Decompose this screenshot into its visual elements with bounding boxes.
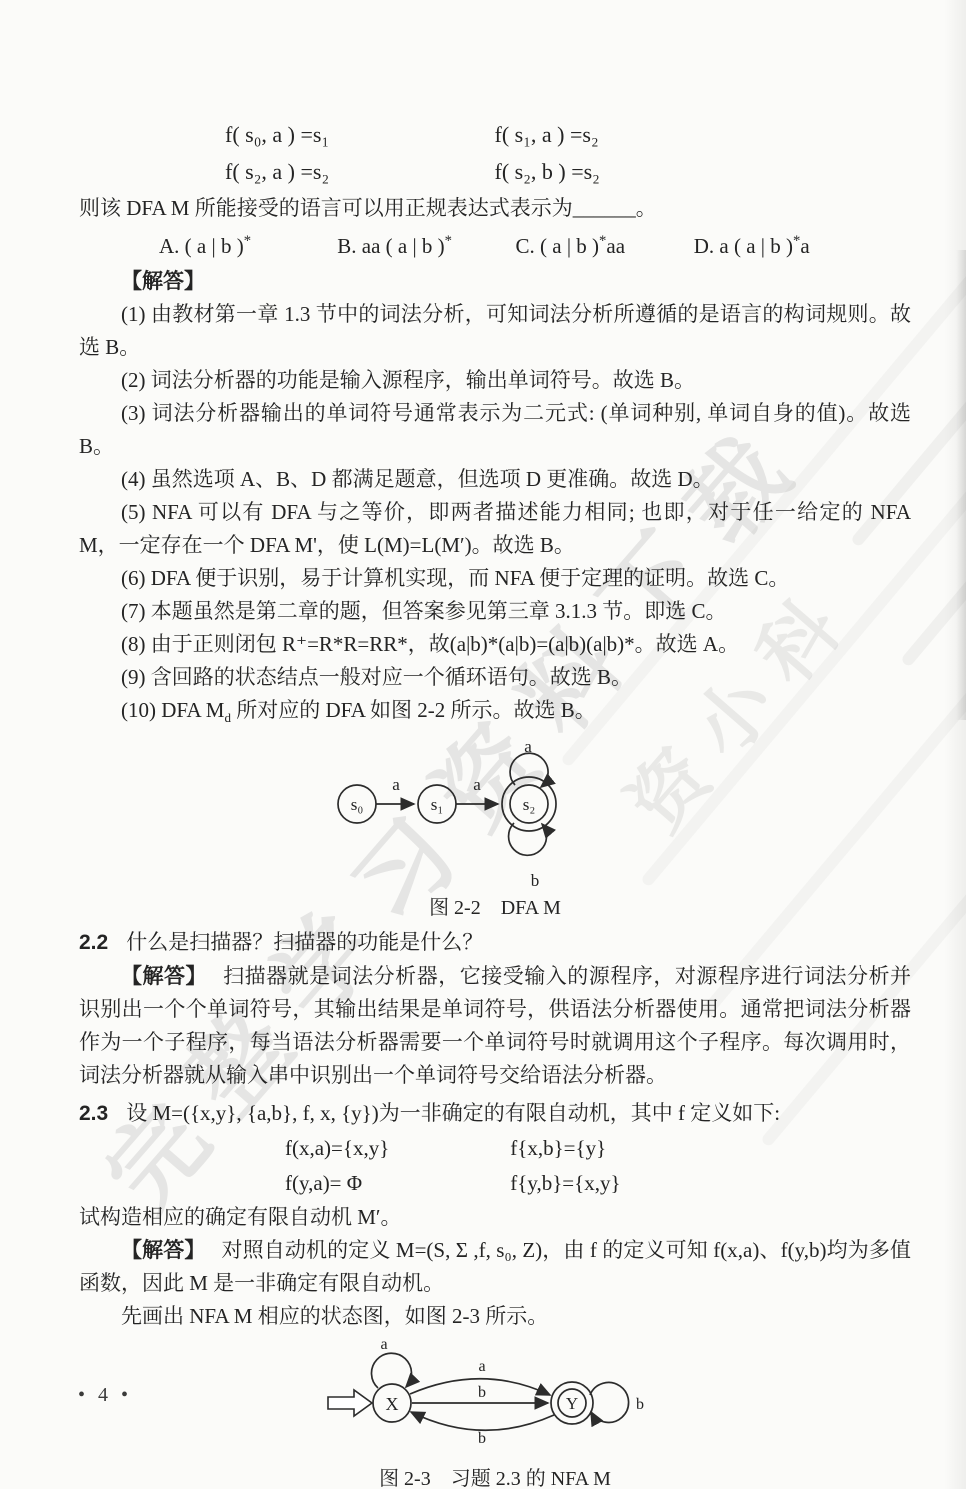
dfa-transition-formulas: f( s₀, a ) =s₁ f( s₁, a ) =s₂ f( s₂, a )… — [79, 116, 911, 190]
section-2-2-title: 什么是扫描器？扫描器的功能是什么？ — [126, 930, 483, 954]
answer-label: 【解答】 — [79, 265, 911, 298]
option-b-label: B. — [337, 234, 356, 258]
f-x-a: f(x,a)={x,y} — [285, 1131, 505, 1166]
option-a-expr: ( a | b ) — [185, 234, 244, 258]
edge-x-y-a-label: a — [478, 1358, 485, 1375]
answer-item-10-post: 所对应的 DFA 如图 2-2 所示。故选 B。 — [231, 698, 596, 722]
s2-loop-a-label: a — [524, 738, 532, 756]
x-self-loop-edge — [371, 1354, 411, 1389]
f-definition-row: f(x,a)={x,y} f{x,b}={y} — [79, 1131, 911, 1166]
section-2-2-heading: 2.2什么是扫描器？扫描器的功能是什么？ — [79, 925, 911, 960]
section-2-3-heading: 2.3设 M=({x,y}, {a,b}, f, x, {y})为一非确定的有限… — [79, 1096, 911, 1131]
option-a-label: A. — [159, 234, 179, 258]
state-x-label: X — [386, 1394, 399, 1414]
section-2-3-figure-intro: 先画出 NFA M 相应的状态图，如图 2-3 所示。 — [79, 1300, 911, 1333]
formula-f-s1-a: f( s₁, a ) =s₂ — [495, 122, 599, 147]
option-b-star: * — [445, 233, 452, 249]
section-2-2-number: 2.2 — [79, 931, 108, 954]
y-self-loop-edge — [590, 1383, 629, 1423]
option-c-expr: ( a | b ) — [540, 234, 599, 258]
answer-item-10-pre: (10) DFA M — [121, 698, 224, 722]
answer-item-3: (3) 词法分析器输出的单词符号通常表示为二元式: (单词种别, 单词自身的值)… — [79, 397, 911, 463]
answer-item-1: (1) 由教材第一章 1.3 节中的词法分析，可知词法分析所遵循的是语言的构词规… — [79, 298, 911, 364]
state-s2-label: s₂ — [523, 795, 536, 814]
scanned-textbook-page: 完整学习资料下载 资小科 f( s₀, a ) =s₁ f( s₁, a ) =… — [0, 0, 966, 1489]
nfa-f-definitions: f(x,a)={x,y} f{x,b}={y} f(y,a)= Φ f{y,b}… — [79, 1131, 911, 1201]
option-a-star: * — [244, 233, 251, 249]
state-y-label: Y — [566, 1394, 578, 1413]
formula-row: f( s₀, a ) =s₁ f( s₁, a ) =s₂ — [79, 116, 911, 153]
f-definition-row: f(y,a)= Φ f{y,b}={x,y} — [79, 1166, 911, 1201]
option-d-expr: a ( a | b ) — [719, 234, 793, 258]
state-s0-label: s₀ — [351, 795, 364, 814]
edge-y-x-b-label: b — [478, 1430, 486, 1447]
figure-2-3: a a b b b X Y — [79, 1335, 911, 1489]
option-c: C. ( a | b )*aa — [516, 225, 689, 263]
edge-s0-s1-label: a — [392, 775, 400, 794]
dfa-m-state-diagram: a b a a s₀ s₁ s₂ — [325, 738, 665, 890]
option-c-label: C. — [516, 234, 535, 258]
answer-item-7: (7) 本题虽然是第二章的题，但答案参见第三章 3.1.3 节。即选 C。 — [79, 595, 911, 628]
option-a: A. ( a | b )* — [159, 225, 332, 263]
section-2-2-answer-label: 【解答】 — [121, 964, 207, 988]
figure-2-2-caption: 图 2-2 DFA M — [79, 895, 911, 921]
edge-x-y-b-label: b — [478, 1384, 486, 1401]
y-self-loop-label: b — [636, 1396, 644, 1413]
answer-item-2: (2) 词法分析器的功能是输入源程序，输出单词符号。故选 B。 — [79, 364, 911, 397]
formula-f-s2-b: f( s₂, b ) =s₂ — [495, 159, 600, 184]
edge-y-x-b — [411, 1412, 554, 1430]
page-number: • 4 • — [78, 1384, 132, 1407]
answer-item-9: (9) 含回路的状态结点一般对应一个循环语句。故选 B。 — [79, 661, 911, 694]
answer-item-6: (6) DFA 便于识别，易于计算机实现，而 NFA 便于定理的证明。故选 C。 — [79, 562, 911, 595]
figure-2-3-caption: 图 2-3 习题 2.3 的 NFA M — [79, 1466, 911, 1489]
f-x-b: f{x,b}={y} — [510, 1136, 606, 1160]
section-2-3-task: 试构造相应的确定有限自动机 M′。 — [79, 1201, 911, 1234]
s2-self-loop-a-edge — [510, 753, 548, 787]
start-arrow — [328, 1390, 372, 1416]
f-y-b: f{y,b}={x,y} — [510, 1171, 620, 1195]
formula-row: f( s₂, a ) =s₂ f( s₂, b ) =s₂ — [79, 153, 911, 190]
f-y-a: f(y,a)= Φ — [285, 1166, 505, 1201]
option-d-label: D. — [694, 234, 714, 258]
answer-item-10: (10) DFA Md 所对应的 DFA 如图 2-2 所示。故选 B。 — [79, 694, 911, 734]
section-2-3-intro: 设 M=({x,y}, {a,b}, f, x, {y})为一非确定的有限自动机… — [126, 1101, 780, 1125]
figure-2-2: a b a a s₀ s₁ s₂ 图 2-2 DFA M — [79, 738, 911, 921]
option-b: B. aa ( a | b )* — [337, 225, 510, 263]
answer-item-4: (4) 虽然选项 A、B、D 都满足题意，但选项 D 更准确。故选 D。 — [79, 463, 911, 496]
question-stem: 则该 DFA M 所能接受的语言可以用正规表达式表示为______。 — [79, 192, 911, 225]
option-b-expr: aa ( a | b ) — [362, 234, 445, 258]
section-2-2-answer: 【解答】扫描器就是词法分析器，它接受输入的源程序，对源程序进行词法分析并识别出一… — [79, 960, 911, 1092]
x-self-loop-label: a — [380, 1336, 387, 1353]
s2-loop-b-label: b — [531, 871, 540, 890]
formula-f-s2-a: f( s₂, a ) =s₂ — [225, 153, 489, 190]
scan-edge-shadow — [944, 0, 966, 1489]
state-s1-label: s₁ — [431, 795, 444, 814]
options-row: A. ( a | b )* B. aa ( a | b )* C. ( a | … — [79, 225, 911, 263]
edge-s1-s2-label: a — [473, 775, 481, 794]
scan-edge-shadow-dark — [956, 250, 966, 720]
answer-item-5: (5) NFA 可以有 DFA 与之等价，即两者描述能力相同; 也即，对于任一给… — [79, 496, 911, 562]
option-c-tail: aa — [606, 234, 625, 258]
option-d-tail: a — [800, 234, 809, 258]
option-d: D. a ( a | b )*a — [694, 225, 810, 263]
section-2-3-answer-label: 【解答】 — [121, 1238, 206, 1262]
section-2-3-number: 2.3 — [79, 1102, 108, 1125]
nfa-m-state-diagram: a a b b b X Y — [320, 1335, 670, 1461]
answer-item-8: (8) 由于正则闭包 R⁺=R*R=RR*，故(a|b)*(a|b)=(a|b)… — [79, 628, 911, 661]
page-content: f( s₀, a ) =s₁ f( s₁, a ) =s₂ f( s₂, a )… — [79, 116, 911, 1489]
formula-f-s0-a: f( s₀, a ) =s₁ — [225, 116, 489, 153]
section-2-3-answer: 【解答】对照自动机的定义 M=(S, Σ ,f, s₀, Z)，由 f 的定义可… — [79, 1234, 911, 1300]
